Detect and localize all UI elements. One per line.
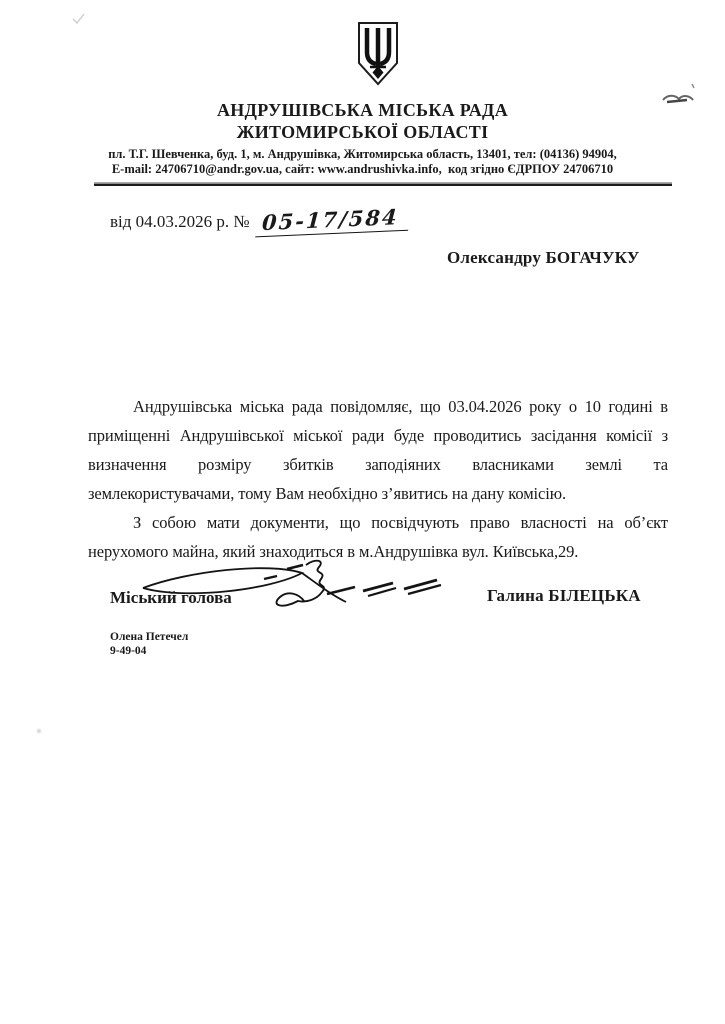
org-name-line1: АНДРУШІВСЬКА МІСЬКА РАДА: [0, 100, 725, 121]
org-contact-line: E-mail: 24706710@andr.gov.ua, сайт: www.…: [0, 162, 725, 177]
reference-line: від 04.03.2026 р. №05-17/584: [110, 207, 408, 234]
body-p2-line1: З собою мати документи, що посвідчують п…: [88, 508, 668, 537]
handwritten-signature: [130, 556, 450, 618]
reference-number-handwritten: 05-17/584: [255, 204, 409, 238]
scan-artifact-check: [70, 10, 88, 28]
executor-block: Олена Петечел 9-49-04: [110, 630, 188, 658]
reference-date-label: від 04.03.2026 р. №: [110, 212, 250, 231]
executor-phone: 9-49-04: [110, 644, 188, 658]
signer-name: Галина БІЛЕЦЬКА: [487, 586, 641, 606]
body-p1-line3: визначення розміру збитків заподіяних вл…: [88, 450, 668, 479]
scanned-letter-page: АНДРУШІВСЬКА МІСЬКА РАДА ЖИТОМИРСЬКОЇ ОБ…: [0, 0, 725, 1024]
tryzub-emblem-icon: [356, 21, 400, 87]
addressee-name: Олександру БОГАЧУКУ: [447, 248, 640, 268]
executor-name: Олена Петечел: [110, 630, 188, 644]
letter-body: Андрушівська міська рада повідомляє, що …: [88, 392, 668, 566]
body-p1-line2: приміщенні Андрушівської міської ради бу…: [88, 421, 668, 450]
body-p1-line4: землекористувачами, тому Вам необхідно з…: [88, 479, 668, 508]
org-address-line: пл. Т.Г. Шевченка, буд. 1, м. Андрушівка…: [0, 147, 725, 162]
letterhead-divider: [94, 182, 672, 186]
org-name-line2: ЖИТОМИРСЬКОЇ ОБЛАСТІ: [0, 122, 725, 143]
body-p1-line1: Андрушівська міська рада повідомляє, що …: [88, 392, 668, 421]
scan-artifact-dot: [36, 728, 42, 734]
